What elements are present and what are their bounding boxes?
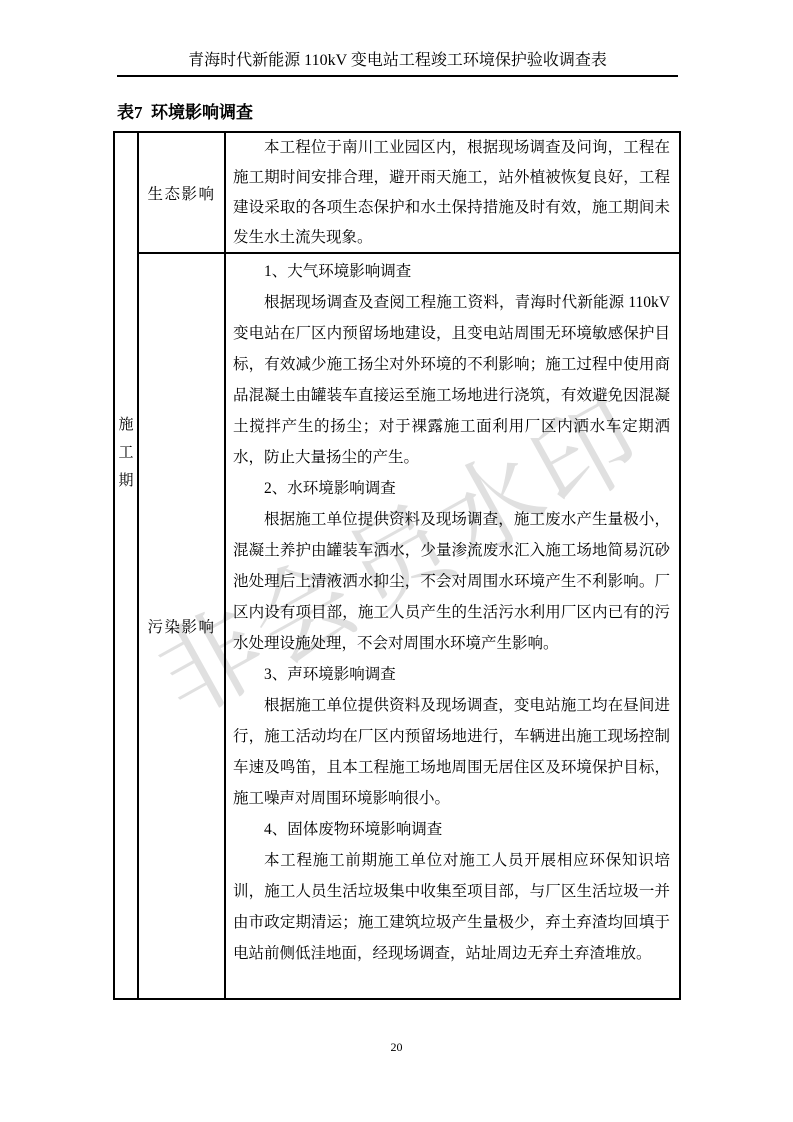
pollution-impact-label: 污染影响 [139,254,226,998]
construction-period-cell: 施 工 期 [115,133,139,998]
air-impact-paragraph: 根据现场调查及查阅工程施工资料，青海时代新能源 110kV 变电站在厂区内预留场… [233,287,670,473]
page-number: 20 [0,1040,793,1055]
period-char-3: 期 [118,467,133,495]
solid-waste-paragraph: 本工程施工前期施工单位对施工人员开展相应环保知识培训，施工人员生活垃圾集中收集至… [233,845,670,969]
water-impact-paragraph: 根据施工单位提供资料及现场调查，施工废水产生量极小，混凝土养护由罐装车洒水，少量… [233,504,670,659]
noise-impact-paragraph: 根据施工单位提供资料及现场调查，变电站施工均在昼间进行，施工活动均在厂区内预留场… [233,690,670,814]
ecological-impact-content: 本工程位于南川工业园区内，根据现场调查及问询，工程在施工期时间安排合理，避开雨天… [226,133,679,252]
table-row-ecological: 生态影响 本工程位于南川工业园区内，根据现场调查及问询，工程在施工期时间安排合理… [139,133,679,254]
pollution-impact-content: 1、大气环境影响调查 根据现场调查及查阅工程施工资料，青海时代新能源 110kV… [226,254,679,998]
period-char-1: 施 [118,411,133,439]
ecological-impact-paragraph: 本工程位于南川工业园区内，根据现场调查及问询，工程在施工期时间安排合理，避开雨天… [233,133,670,252]
document-header-title: 青海时代新能源 110kV 变电站工程竣工环境保护验收调查表 [117,50,678,77]
ecological-impact-label: 生态影响 [139,133,226,252]
table-rows: 生态影响 本工程位于南川工业园区内，根据现场调查及问询，工程在施工期时间安排合理… [139,133,679,998]
table-caption: 表7 环境影响调查 [117,98,253,123]
table-row-pollution: 污染影响 1、大气环境影响调查 根据现场调查及查阅工程施工资料，青海时代新能源 … [139,254,679,998]
air-impact-heading: 1、大气环境影响调查 [233,256,670,287]
water-impact-heading: 2、水环境影响调查 [233,473,670,504]
period-char-2: 工 [118,439,133,467]
noise-impact-heading: 3、声环境影响调查 [233,659,670,690]
solid-waste-heading: 4、固体废物环境影响调查 [233,814,670,845]
environment-impact-table: 施 工 期 生态影响 本工程位于南川工业园区内，根据现场调查及问询，工程在施工期… [113,131,681,1000]
